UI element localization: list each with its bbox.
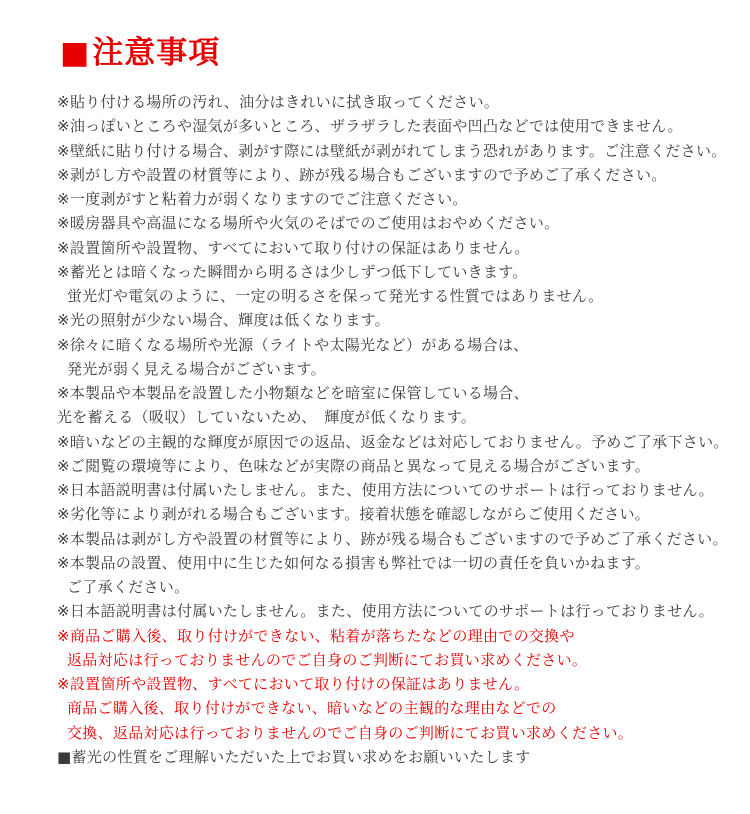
note-line: 光を蓄える（吸収）していないため、 輝度が低くなります。 (57, 405, 747, 429)
note-line-warning: 返品対応は行っておりませんのでご自身のご判断にてお買い求めください。 (57, 648, 747, 672)
note-line: ※蓄光とは暗くなった瞬間から明るさは少しずつ低下していきます。 (57, 260, 747, 284)
page-title: ■注意事項 (60, 34, 220, 73)
note-line: ※設置箇所や設置物、すべてにおいて取り付けの保証はありません。 (57, 236, 747, 260)
note-line: ※日本語説明書は付属いたしません。また、使用方法についてのサポートは行っておりま… (57, 478, 747, 502)
note-line: ※徐々に暗くなる場所や光源（ライトや太陽光など）がある場合は、 (57, 333, 747, 357)
note-line: ※日本語説明書は付属いたしません。また、使用方法についてのサポートは行っておりま… (57, 599, 747, 623)
title-square-icon: ■ (60, 35, 90, 71)
note-line: ※油っぽいところや湿気が多いところ、ザラザラした表面や凹凸などでは使用できません… (57, 114, 747, 138)
note-line: ※貼り付ける場所の汚れ、油分はきれいに拭き取ってください。 (57, 90, 747, 114)
note-line-warning: 商品ご購入後、取り付けができない、暗いなどの主観的な理由などでの (57, 696, 747, 720)
note-line: ※壁紙に貼り付ける場合、剥がす際には壁紙が剥がれてしまう恐れがあります。ご注意く… (57, 139, 747, 163)
note-line: ご了承ください。 (57, 575, 747, 599)
notes-list: ※貼り付ける場所の汚れ、油分はきれいに拭き取ってください。 ※油っぽいところや湿… (57, 90, 747, 769)
note-line: ※本製品は剥がし方や設置の材質等により、跡が残る場合もございますので予めご了承く… (57, 527, 747, 551)
note-line: 発光が弱く見える場合がございます。 (57, 357, 747, 381)
note-line: ※ご閲覧の環境等により、色味などが実際の商品と異なって見える場合がございます。 (57, 454, 747, 478)
note-line-warning: ※設置箇所や設置物、すべてにおいて取り付けの保証はありません。 (57, 672, 747, 696)
precautions-page: ■注意事項 ※貼り付ける場所の汚れ、油分はきれいに拭き取ってください。 ※油っぽ… (0, 0, 750, 814)
note-line: ※暗いなどの主観的な輝度が原因での返品、返金などは対応しておりません。予めご了承… (57, 430, 747, 454)
note-line: ※本製品の設置、使用中に生じた如何なる損害も弊社では一切の責任を負いかねます。 (57, 551, 747, 575)
note-line-warning: 交換、返品対応は行っておりませんのでご自身のご判断にてお買い求めください。 (57, 721, 747, 745)
note-line: ※光の照射が少ない場合、輝度は低くなります。 (57, 308, 747, 332)
page-title-text: 注意事項 (92, 35, 220, 71)
note-line: 蛍光灯や電気のように、一定の明るさを保って発光する性質ではありません。 (57, 284, 747, 308)
note-line: ※暖房器具や高温になる場所や火気のそばでのご使用はおやめください。 (57, 211, 747, 235)
note-line: ※劣化等により剥がれる場合もございます。接着状態を確認しながらご使用ください。 (57, 502, 747, 526)
note-line-warning: ※商品ご購入後、取り付けができない、粘着が落ちたなどの理由での交換や (57, 624, 747, 648)
note-line: ※本製品や本製品を設置した小物類などを暗室に保管している場合、 (57, 381, 747, 405)
note-line: ※一度剥がすと粘着力が弱くなりますのでご注意ください。 (57, 187, 747, 211)
note-line-footer: ■蓄光の性質をご理解いただいた上でお買い求めをお願いいたします (57, 745, 747, 769)
note-line: ※剥がし方や設置の材質等により、跡が残る場合もございますので予めご了承ください。 (57, 163, 747, 187)
